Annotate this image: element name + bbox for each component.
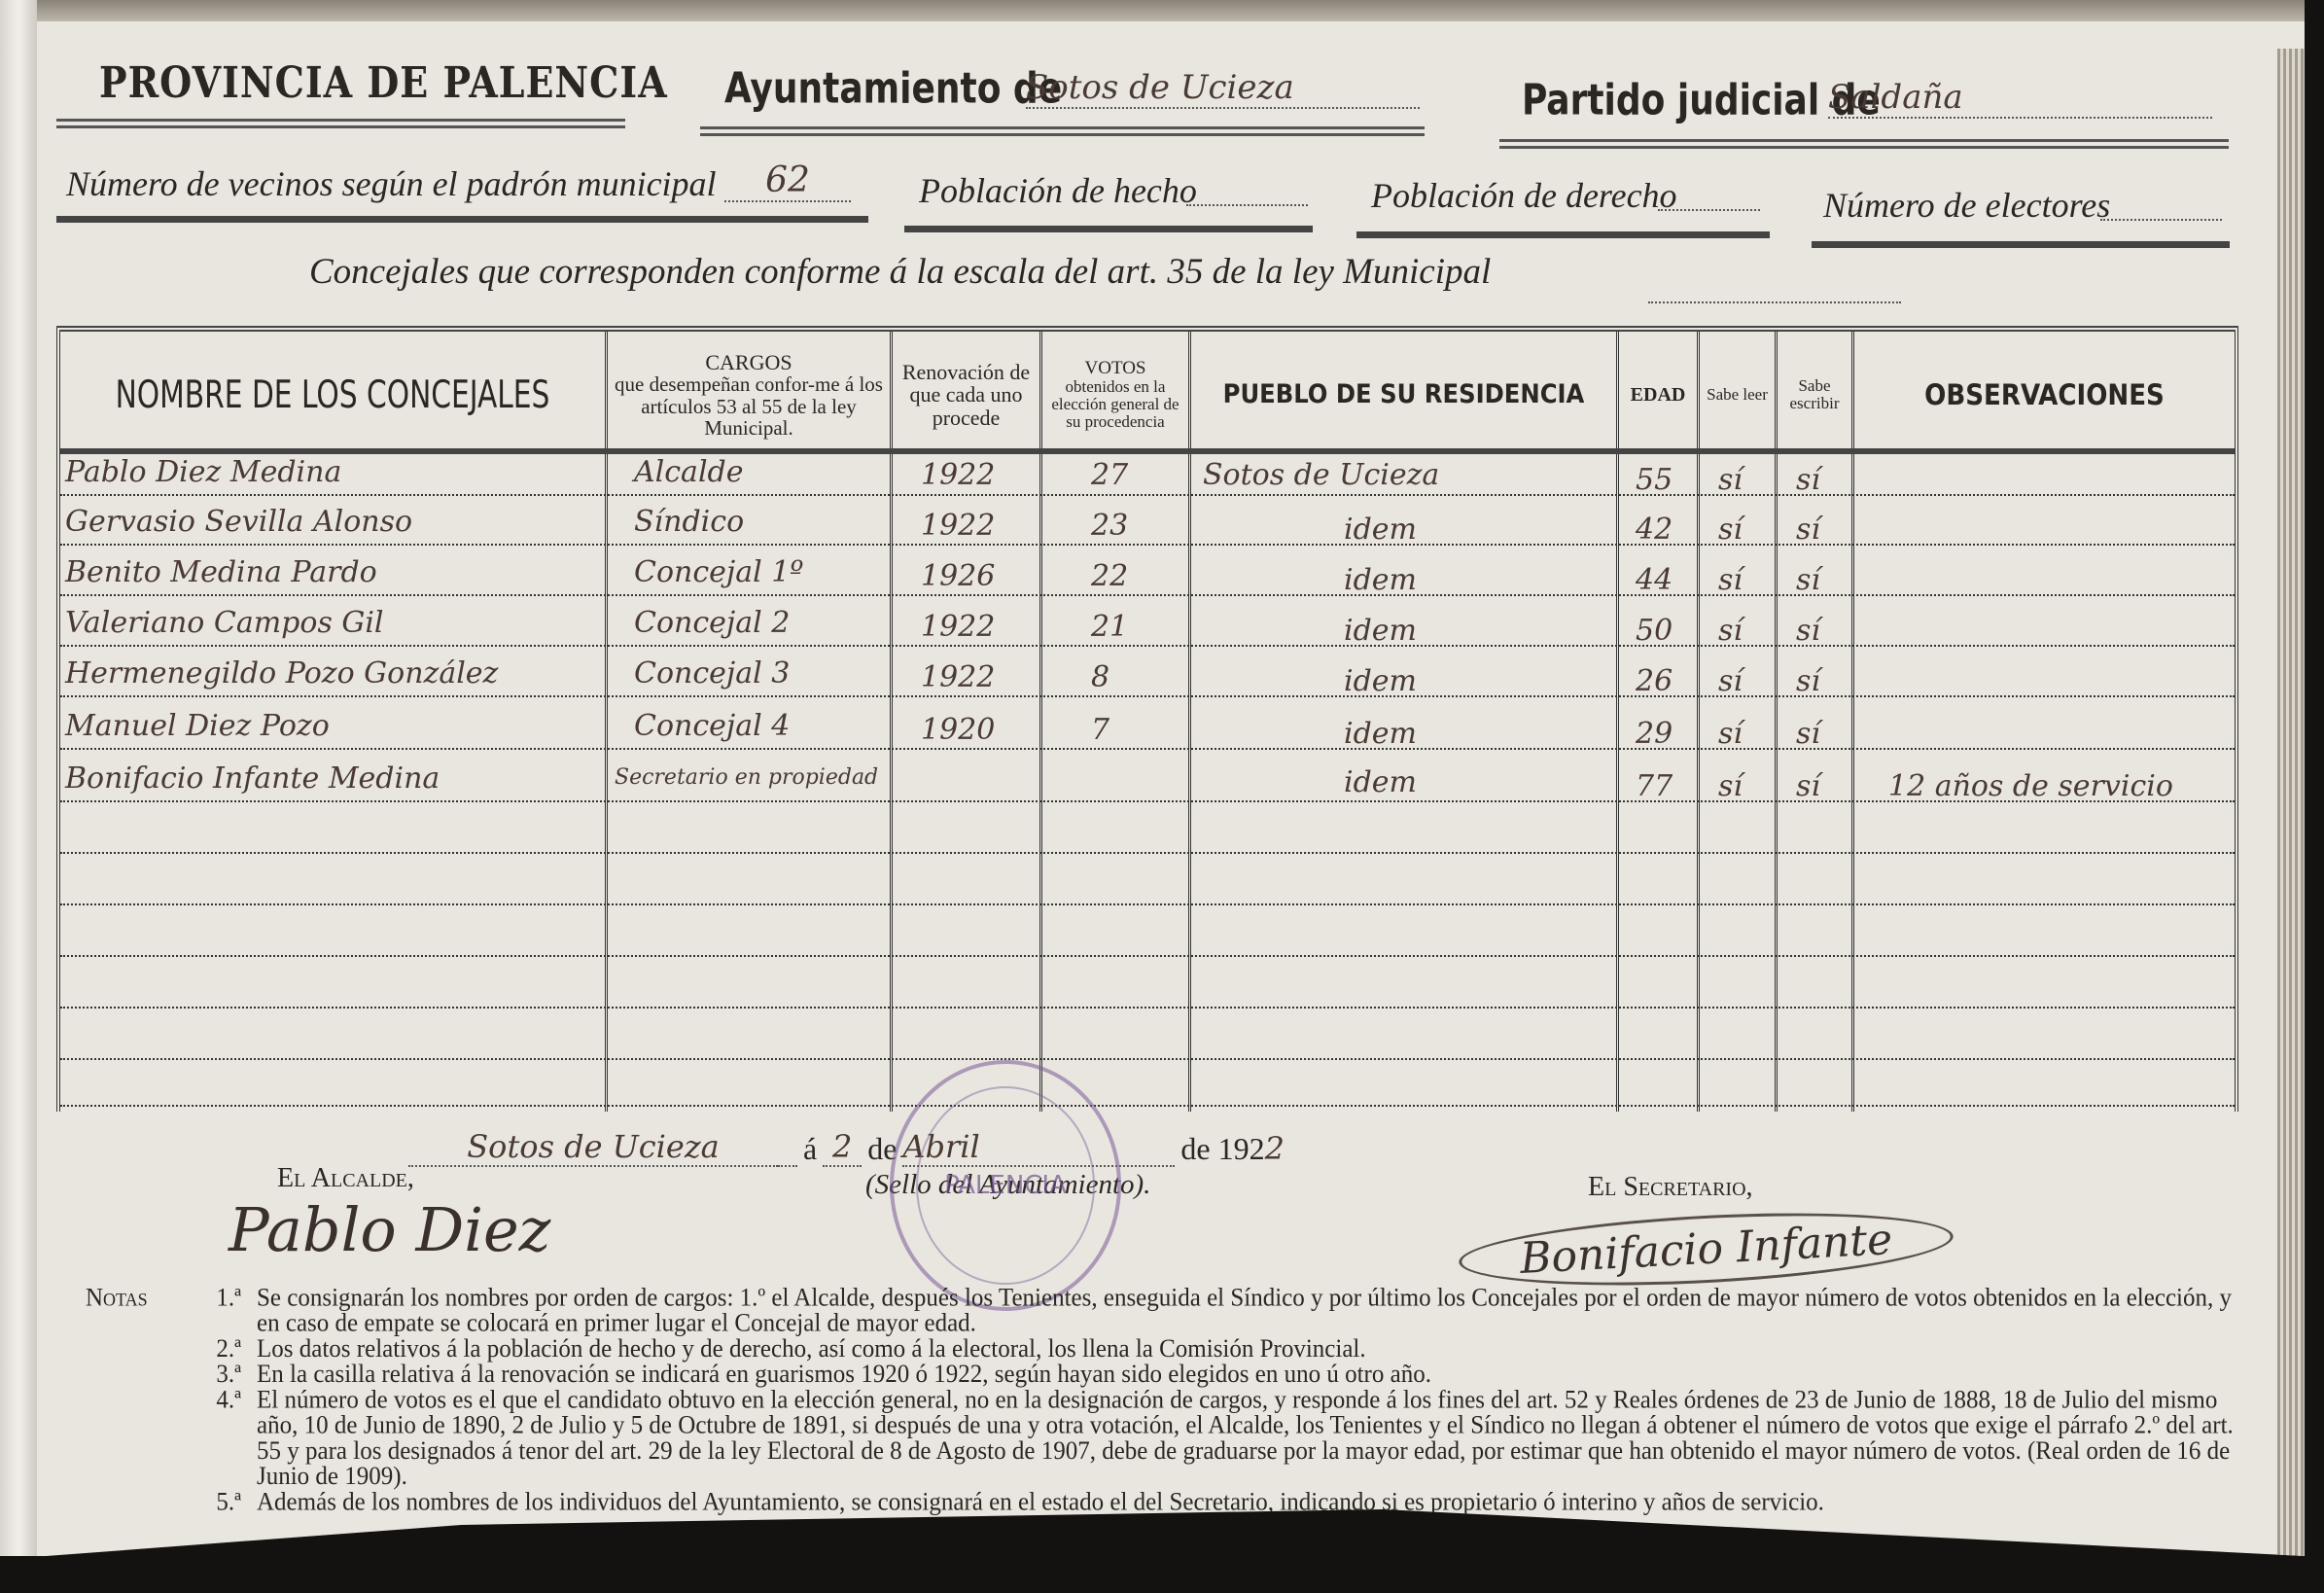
date-year-suffix: 2 (1265, 1130, 1285, 1167)
date-place: Sotos de Ucieza (408, 1128, 778, 1167)
note-4: 4.ª El número de votos es el que el cand… (86, 1387, 2235, 1489)
concejales-escala-label: Concejales que corresponden conforme á l… (309, 251, 1491, 293)
cell-renovacion: 1922 (921, 509, 995, 543)
book-top-edge (0, 0, 2324, 21)
cell-edad: 29 (1636, 717, 1673, 751)
cell-edad: 44 (1636, 563, 1673, 597)
cell-nombre: Pablo Diez Medina (65, 455, 341, 489)
cell-leer: sí (1718, 664, 1743, 698)
cell-pueblo: idem (1344, 563, 1417, 597)
note-5: 5.ª Además de los nombres de los individ… (86, 1489, 2235, 1514)
partido-judicial-value: Saldaña (1828, 78, 2212, 119)
header-cargos: CARGOS que desempeñan confor-me á los ar… (608, 341, 890, 448)
cell-pueblo: Sotos de Ucieza (1203, 458, 1439, 492)
divider (1356, 231, 1770, 238)
electores-value (2100, 209, 2222, 221)
header-sabe-leer: Sabe leer (1700, 341, 1775, 448)
cell-renovacion: 1922 (921, 660, 995, 694)
note-2: 2.ª Los datos relativos á la población d… (86, 1336, 2235, 1362)
cell-cargo: Síndico (634, 505, 744, 539)
divider (1499, 139, 2229, 149)
header-edad: EDAD (1619, 341, 1697, 448)
header-votos-sub: obtenidos en la elección general de su p… (1042, 378, 1188, 431)
cell-escribir: sí (1796, 463, 1820, 497)
cell-edad: 77 (1636, 769, 1673, 803)
date-year-prefix: de 192 (1180, 1131, 1264, 1167)
cell-votos: 27 (1091, 458, 1128, 492)
cell-observaciones: 12 años de servicio (1888, 769, 2173, 803)
cell-escribir: sí (1796, 563, 1820, 597)
cell-pueblo: idem (1344, 765, 1417, 799)
date-a-label: á (803, 1131, 817, 1167)
cell-pueblo: idem (1344, 513, 1417, 547)
book-page-edges (2277, 49, 2305, 1566)
cell-nombre: Hermenegildo Pozo González (65, 656, 498, 690)
provincia-title: PROVINCIA DE PALENCIA (99, 57, 668, 108)
cell-pueblo: idem (1344, 717, 1417, 751)
cell-cargo: Alcalde (634, 455, 744, 489)
cell-leer: sí (1718, 614, 1743, 648)
note-1: Notas 1.ª Se consignarán los nombres por… (86, 1285, 2235, 1336)
cell-leer: sí (1718, 513, 1743, 547)
notes-section: Notas 1.ª Se consignarán los nombres por… (86, 1285, 2235, 1514)
cell-escribir: sí (1796, 513, 1820, 547)
seal-text: PALENCIA (944, 1171, 1067, 1200)
cell-cargo: Concejal 3 (634, 656, 790, 690)
alcalde-signature: Pablo Diez (229, 1194, 550, 1265)
header-pueblo: PUEBLO DE SU RESIDENCIA (1191, 341, 1616, 448)
cell-votos: 21 (1091, 610, 1128, 644)
cell-votos: 22 (1091, 559, 1128, 593)
cell-edad: 26 (1636, 664, 1673, 698)
alcalde-label: El Alcalde, (277, 1163, 414, 1194)
ayuntamiento-value: Sotos de Ucieza (1026, 68, 1420, 109)
cell-leer: sí (1718, 463, 1743, 497)
cell-nombre: Benito Medina Pardo (65, 555, 377, 589)
poblacion-derecho-label: Población de derecho (1371, 175, 1677, 216)
notes-label: Notas (86, 1285, 181, 1336)
header-votos-title: VOTOS (1085, 359, 1146, 378)
cell-cargo: Concejal 4 (634, 709, 790, 743)
cell-cargo: Concejal 2 (634, 606, 790, 640)
cell-edad: 42 (1636, 513, 1673, 547)
secretario-label: El Secretario, (1588, 1172, 1753, 1203)
header-nombre: NOMBRE DE LOS CONCEJALES (60, 331, 605, 459)
cell-pueblo: idem (1344, 664, 1417, 698)
divider (56, 216, 868, 223)
cell-votos: 23 (1091, 509, 1128, 543)
concejales-table: NOMBRE DE LOS CONCEJALES CARGOS que dese… (56, 326, 2238, 1112)
cell-cargo: Concejal 1º (634, 555, 803, 589)
cell-pueblo: idem (1344, 614, 1417, 648)
cell-votos: 8 (1091, 660, 1109, 694)
cell-escribir: sí (1796, 717, 1820, 751)
cell-leer: sí (1718, 563, 1743, 597)
cell-edad: 55 (1636, 463, 1673, 497)
electores-label: Número de electores (1823, 185, 2110, 226)
cell-escribir: sí (1796, 614, 1820, 648)
divider (904, 226, 1313, 232)
document-page: PROVINCIA DE PALENCIA Ayuntamiento de So… (0, 0, 2305, 1556)
header-divider (60, 448, 2235, 454)
divider (56, 119, 625, 128)
cell-votos: 7 (1091, 713, 1109, 747)
note-3: 3.ª En la casilla relativa á la renovaci… (86, 1362, 2235, 1387)
date-line: Sotos de Ucieza á 2 de Abril de 192 2 (408, 1118, 1361, 1167)
header-sabe-escribir: Sabe escribir (1778, 341, 1851, 448)
book-binding (0, 0, 37, 1556)
date-day: 2 (823, 1128, 862, 1167)
header-votos: VOTOS obtenidos en la elección general d… (1042, 341, 1188, 448)
header-renovacion: Renovación de que cada uno procede (893, 341, 1039, 448)
header-observaciones: OBSERVACIONES (1854, 341, 2235, 448)
ayuntamiento-seal: PALENCIA (890, 1060, 1121, 1311)
cell-escribir: sí (1796, 664, 1820, 698)
cell-nombre: Bonifacio Infante Medina (65, 761, 440, 796)
ayuntamiento-label: Ayuntamiento de (724, 64, 1062, 114)
partido-judicial-label: Partido judicial de (1522, 76, 1881, 125)
cell-renovacion: 1922 (921, 610, 995, 644)
header-cargos-title: CARGOS (705, 351, 792, 373)
header-cargos-sub: que desempeñan confor-me á los artículos… (608, 373, 890, 438)
divider (1812, 241, 2230, 248)
cell-nombre: Gervasio Sevilla Alonso (65, 505, 412, 539)
cell-leer: sí (1718, 717, 1743, 751)
secretario-signature: Bonifacio Infante (1458, 1203, 1955, 1296)
cell-renovacion: 1920 (921, 713, 995, 747)
poblacion-derecho-value (1658, 199, 1760, 211)
cell-cargo: Secretario en propiedad (615, 765, 878, 790)
concejales-escala-value (1648, 292, 1901, 303)
cell-edad: 50 (1636, 614, 1673, 648)
divider (700, 126, 1425, 136)
vecinos-label: Número de vecinos según el padrón munici… (66, 163, 717, 204)
cell-nombre: Manuel Diez Pozo (65, 709, 330, 743)
cell-leer: sí (1718, 769, 1743, 803)
vecinos-value: 62 (724, 160, 851, 202)
poblacion-hecho-value (1186, 195, 1308, 206)
poblacion-hecho-label: Población de hecho (919, 170, 1197, 211)
cell-nombre: Valeriano Campos Gil (65, 606, 384, 640)
cell-escribir: sí (1796, 769, 1820, 803)
cell-renovacion: 1922 (921, 458, 995, 492)
cell-renovacion: 1926 (921, 559, 995, 593)
